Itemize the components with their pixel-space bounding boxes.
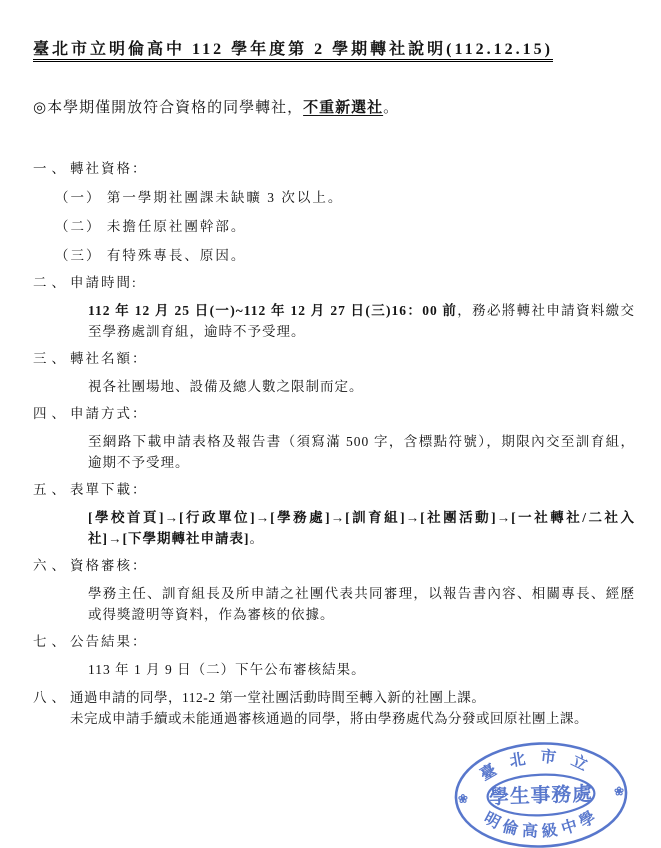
section-number: 五、 <box>33 480 70 500</box>
section-body: 113 年 1 月 9 日（二）下午公布審核結果。 <box>88 659 635 680</box>
section-number: 四、 <box>33 404 70 424</box>
section-title: 資格審核： <box>70 556 148 576</box>
section-title: 轉社名額： <box>70 349 148 369</box>
notice-line: ◎本學期僅開放符合資格的同學轉社，不重新選社。 <box>33 96 635 117</box>
section-number: 三、 <box>33 349 70 369</box>
flower-icon: ❀ <box>458 792 468 806</box>
section-number: 六、 <box>33 556 70 576</box>
section-6-review: 六、 資格審核： 學務主任、訓育組長及所申請之社團代表共同審理，以報告書內容、相… <box>33 556 635 625</box>
section-body: 視各社團場地、設備及總人數之限制而定。 <box>88 376 635 397</box>
section-body: 學務主任、訓育組長及所申請之社團代表共同審理，以報告書內容、相關專長、經歷或得獎… <box>88 583 635 625</box>
section-8-result-handling: 八、 通過申請的同學，112-2 第一堂社團活動時間至轉入新的社團上課。 未完成… <box>33 687 635 729</box>
section-number: 二、 <box>33 273 70 293</box>
section-heading: 二、 申請時間: <box>33 273 635 293</box>
body-line: 未完成申請手續或未能通過審核通過的同學，將由學務處代為分發或回原社團上課。 <box>70 708 588 729</box>
flower-icon: ❀ <box>614 784 624 798</box>
section-list: 一、 轉社資格： （一） 第一學期社團課未缺曠 3 次以上。 （二） 未擔任原社… <box>33 159 635 729</box>
section-number: 一、 <box>33 159 70 179</box>
school-office-stamp: 臺北市立 明倫高級中學 學生事務處 ❀ ❀ <box>448 735 634 848</box>
section-2-application-time: 二、 申請時間: 112 年 12 月 25 日(一)~112 年 12 月 2… <box>33 273 635 342</box>
section-heading: 一、 轉社資格： <box>33 159 635 179</box>
section-body: [學校首頁]→[行政單位]→[學務處]→[訓育組]→[社團活動]→[一社轉社/二… <box>88 507 635 549</box>
section-title: 申請方式： <box>70 404 148 424</box>
notice-prefix: ◎本學期僅開放符合資格的同學轉社， <box>33 100 303 116</box>
notice-emphasis: 不重新選社 <box>303 100 383 116</box>
body-line: 通過申請的同學，112-2 第一堂社團活動時間至轉入新的社團上課。 <box>70 687 588 708</box>
section-1-qualifications: 一、 轉社資格： （一） 第一學期社團課未缺曠 3 次以上。 （二） 未擔任原社… <box>33 159 635 266</box>
section-3-quota: 三、 轉社名額： 視各社團場地、設備及總人數之限制而定。 <box>33 349 635 397</box>
list-item: （二） 未擔任原社團幹部。 <box>55 217 635 237</box>
section-number: 七、 <box>33 632 70 652</box>
document-page: 臺北市立明倫高中 112 學年度第 2 學期轉社說明(112.12.15) ◎本… <box>0 0 661 848</box>
download-path: [學校首頁]→[行政單位]→[學務處]→[訓育組]→[社團活動]→[一社轉社/二… <box>88 510 635 546</box>
section-body: 通過申請的同學，112-2 第一堂社團活動時間至轉入新的社團上課。 未完成申請手… <box>70 687 588 729</box>
section-title: 轉社資格： <box>70 159 148 179</box>
page-title-text: 臺北市立明倫高中 112 學年度第 2 學期轉社說明(112.12.15) <box>33 41 553 62</box>
section-heading: 四、 申請方式： <box>33 404 635 424</box>
section-number: 八、 <box>33 687 70 729</box>
section-7-announcement: 七、 公告結果： 113 年 1 月 9 日（二）下午公布審核結果。 <box>33 632 635 680</box>
section-4-application-method: 四、 申請方式： 至網路下載申請表格及報告書（須寫滿 500 字，含標點符號），… <box>33 404 635 473</box>
section-title: 公告結果： <box>70 632 148 652</box>
deadline-text: 112 年 12 月 25 日(一)~112 年 12 月 27 日(三)16：… <box>88 303 457 318</box>
page-title: 臺北市立明倫高中 112 學年度第 2 學期轉社說明(112.12.15) <box>33 36 635 59</box>
stamp-center-text: 學生事務處 <box>489 782 594 809</box>
section-body: 112 年 12 月 25 日(一)~112 年 12 月 27 日(三)16：… <box>88 300 635 342</box>
body-text: 。 <box>250 531 265 546</box>
section-heading: 五、 表單下載： <box>33 480 635 500</box>
notice-suffix: 。 <box>383 100 399 116</box>
section-item-list: （一） 第一學期社團課未缺曠 3 次以上。 （二） 未擔任原社團幹部。 （三） … <box>55 188 635 266</box>
list-item: （三） 有特殊專長、原因。 <box>55 246 635 266</box>
section-body: 至網路下載申請表格及報告書（須寫滿 500 字，含標點符號），期限內交至訓育組，… <box>88 431 635 473</box>
section-heading: 三、 轉社名額： <box>33 349 635 369</box>
stamp-svg: 臺北市立 明倫高級中學 學生事務處 ❀ ❀ <box>448 735 634 848</box>
section-heading: 六、 資格審核： <box>33 556 635 576</box>
section-title: 申請時間: <box>70 273 138 293</box>
section-5-form-download: 五、 表單下載： [學校首頁]→[行政單位]→[學務處]→[訓育組]→[社團活動… <box>33 480 635 549</box>
section-title: 表單下載： <box>70 480 148 500</box>
section-heading: 七、 公告結果： <box>33 632 635 652</box>
list-item: （一） 第一學期社團課未缺曠 3 次以上。 <box>55 188 635 208</box>
